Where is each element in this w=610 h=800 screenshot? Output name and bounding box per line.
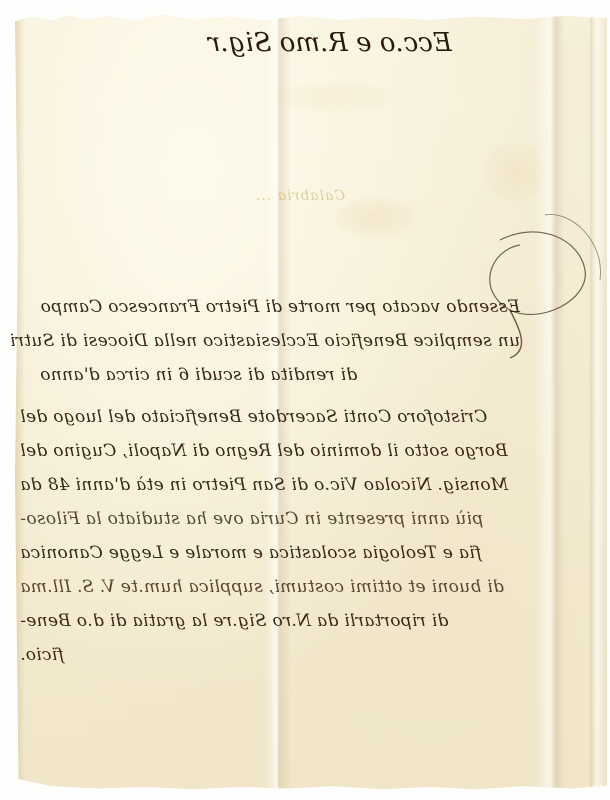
text-line: più anni presente in Curia ove ha studia… [20, 502, 520, 536]
text-line: di buoni et ottimi costumi, supplica hum… [20, 570, 520, 604]
letter-body: Essendo vacato per morte di Pietro Franc… [20, 290, 520, 672]
text-line: Essendo vacato per morte di Pietro Franc… [50, 290, 520, 324]
document-scan: Calabria ... Ecc.o e R.mo Sig.r Essendo … [0, 0, 610, 800]
text-line: fia e Teologia scolastica e morale e Leg… [20, 536, 520, 570]
ink-stain [485, 142, 545, 202]
text-line: di riportarli da N.ro Sig.re la gratia d… [20, 604, 520, 638]
salutation-header: Ecc.o e R.mo Sig.r [200, 18, 460, 68]
fold-crease-edge [590, 12, 607, 790]
text-line: Monsig. Nicolao Vic.o di San Pietro in e… [20, 468, 520, 502]
text-line: ficio. [20, 638, 520, 672]
text-line: Borgo sotto il dominio del Regno di Napo… [20, 434, 520, 468]
faint-bleed-text: Calabria ... [255, 188, 345, 204]
ink-stain [275, 82, 395, 112]
text-line: un semplice Beneficio Ecclesiastico nell… [40, 324, 520, 358]
text-line: di rendita di scudi 6 in circa d'anno [40, 358, 520, 392]
fold-crease-right [535, 12, 565, 790]
text-line: Cristoforo Conti Sacerdote Beneficiato d… [20, 400, 520, 434]
ink-stain [335, 197, 415, 237]
salutation-text: Ecc.o e R.mo Sig.r [208, 28, 452, 58]
